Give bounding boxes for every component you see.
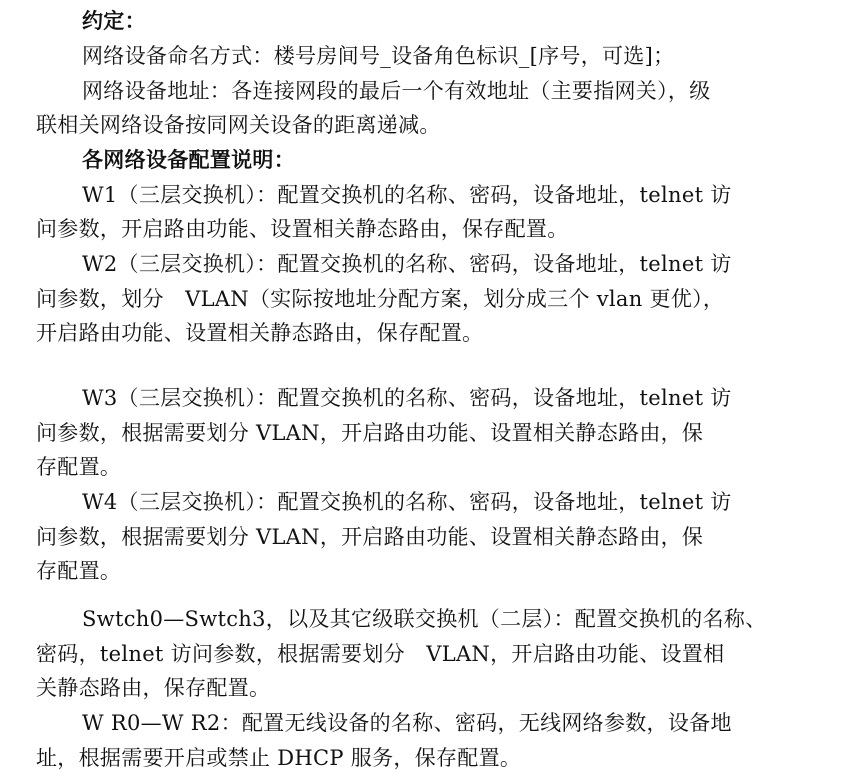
address-rule-line-2: 联相关网络设备按同网关设备的距离递减。 xyxy=(36,108,441,142)
convention-heading: 约定： xyxy=(82,4,146,38)
device-switch-line-3: 关静态路由，保存配置。 xyxy=(36,671,270,705)
device-w1-line-2: 问参数，开启路由功能、设置相关静态路由，保存配置。 xyxy=(36,212,569,246)
device-w3-line-2: 问参数，根据需要划分 VLAN，开启路由功能、设置相关静态路由，保 xyxy=(36,416,703,450)
device-w3-line-1: W3（三层交换机）：配置交换机的名称、密码，设备地址，telnet 访 xyxy=(82,381,732,415)
device-w4-line-2: 问参数，根据需要划分 VLAN，开启路由功能、设置相关静态路由，保 xyxy=(36,520,703,554)
device-w1-line-1: W1（三层交换机）：配置交换机的名称、密码，设备地址，telnet 访 xyxy=(82,178,732,212)
device-w2-line-3: 开启路由功能、设置相关静态路由，保存配置。 xyxy=(36,316,483,350)
config-heading: 各网络设备配置说明： xyxy=(82,143,295,177)
address-rule-line-1: 网络设备地址：各连接网段的最后一个有效地址（主要指网关），级 xyxy=(82,74,711,108)
device-w4-line-3: 存配置。 xyxy=(36,554,121,588)
device-w4-line-1: W4（三层交换机）：配置交换机的名称、密码，设备地址，telnet 访 xyxy=(82,485,732,519)
device-w3-line-3: 存配置。 xyxy=(36,450,121,484)
device-w2-line-1: W2（三层交换机）：配置交换机的名称、密码，设备地址，telnet 访 xyxy=(82,247,732,281)
device-switch-line-1: Swtch0—Swtch3，以及其它级联交换机（二层）：配置交换机的名称、 xyxy=(82,602,767,636)
device-wr-line-2: 址，根据需要开启或禁止 DHCP 服务，保存配置。 xyxy=(36,741,521,775)
device-switch-line-2: 密码，telnet 访问参数，根据需要划分 VLAN，开启路由功能、设置相 xyxy=(36,637,724,671)
device-wr-line-1: W R0—W R2：配置无线设备的名称、密码，无线网络参数，设备地 xyxy=(82,706,732,740)
device-w2-line-2: 问参数，划分 VLAN（实际按地址分配方案，划分成三个 vlan 更优）， xyxy=(36,282,724,316)
naming-rule: 网络设备命名方式：楼号房间号_设备角色标识_[序号，可选]； xyxy=(82,39,674,73)
